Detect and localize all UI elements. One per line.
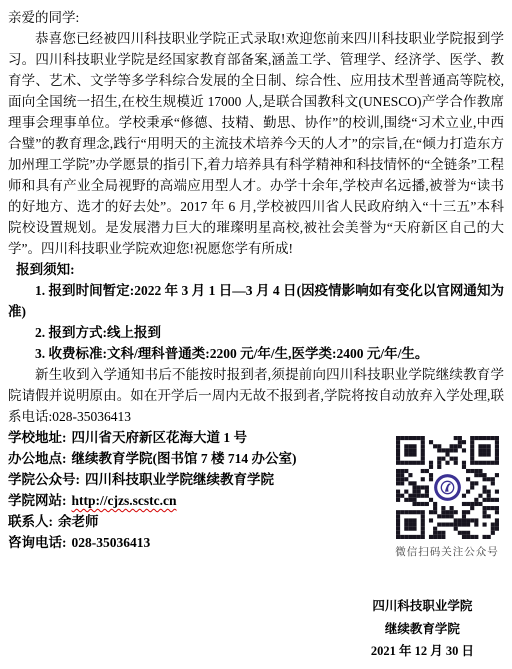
contact-value: 028-35036413 (72, 535, 151, 550)
contact-value: 四川科技职业学院继续教育学院 (85, 472, 274, 487)
contact-value: 四川省天府新区花海大道 1 号 (72, 430, 248, 445)
notice-item-report-time: 1. 报到时间暂定:2022 年 3 月 1 日—3 月 4 日(因疫情影响如有… (8, 280, 504, 322)
signature-org-2: 继续教育学院 (371, 618, 474, 641)
contact-label: 咨询电话: (8, 535, 67, 550)
website-link[interactable]: http://cjzs.scstc.cn (72, 493, 177, 508)
contact-label: 学院公众号: (8, 472, 80, 487)
contact-value: 余老师 (58, 514, 99, 529)
qr-code-image (396, 436, 499, 539)
warning-paragraph: 新生收到入学通知书后不能按时报到者,须提前向四川科技职业学院继续教育学院请假并说… (8, 364, 504, 427)
notice-title: 报到须知: (8, 259, 504, 280)
contact-label: 办公地点: (8, 451, 67, 466)
contact-label: 学校地址: (8, 430, 67, 445)
notice-item-fees: 3. 收费标准:文科/理科普通类:2200 元/年/生,医学类:2400 元/年… (8, 343, 504, 364)
contact-label: 学院网站: (8, 493, 67, 508)
intro-paragraph: 恭喜您已经被四川科技职业学院正式录取!欢迎您前来四川科技职业学院报到学习。四川科… (8, 28, 504, 259)
greeting-text: 亲爱的同学: (8, 7, 504, 28)
qr-caption: 微信扫码关注公众号 (394, 546, 500, 560)
notice-item-report-method: 2. 报到方式:线上报到 (8, 322, 504, 343)
signature-block: 四川科技职业学院 继续教育学院 2021 年 12 月 30 日 (371, 595, 474, 663)
admission-notice-document: 亲爱的同学: 恭喜您已经被四川科技职业学院正式录取!欢迎您前来四川科技职业学院报… (0, 0, 512, 669)
signature-date: 2021 年 12 月 30 日 (371, 640, 474, 663)
contact-section: 学校地址:四川省天府新区花海大道 1 号 办公地点:继续教育学院(图书馆 7 楼… (8, 427, 504, 561)
contact-value: 继续教育学院(图书馆 7 楼 714 办公室) (72, 451, 297, 466)
signature-org-1: 四川科技职业学院 (371, 595, 474, 618)
contact-label: 联系人: (8, 514, 53, 529)
qr-block: 微信扫码关注公众号 (394, 436, 500, 560)
